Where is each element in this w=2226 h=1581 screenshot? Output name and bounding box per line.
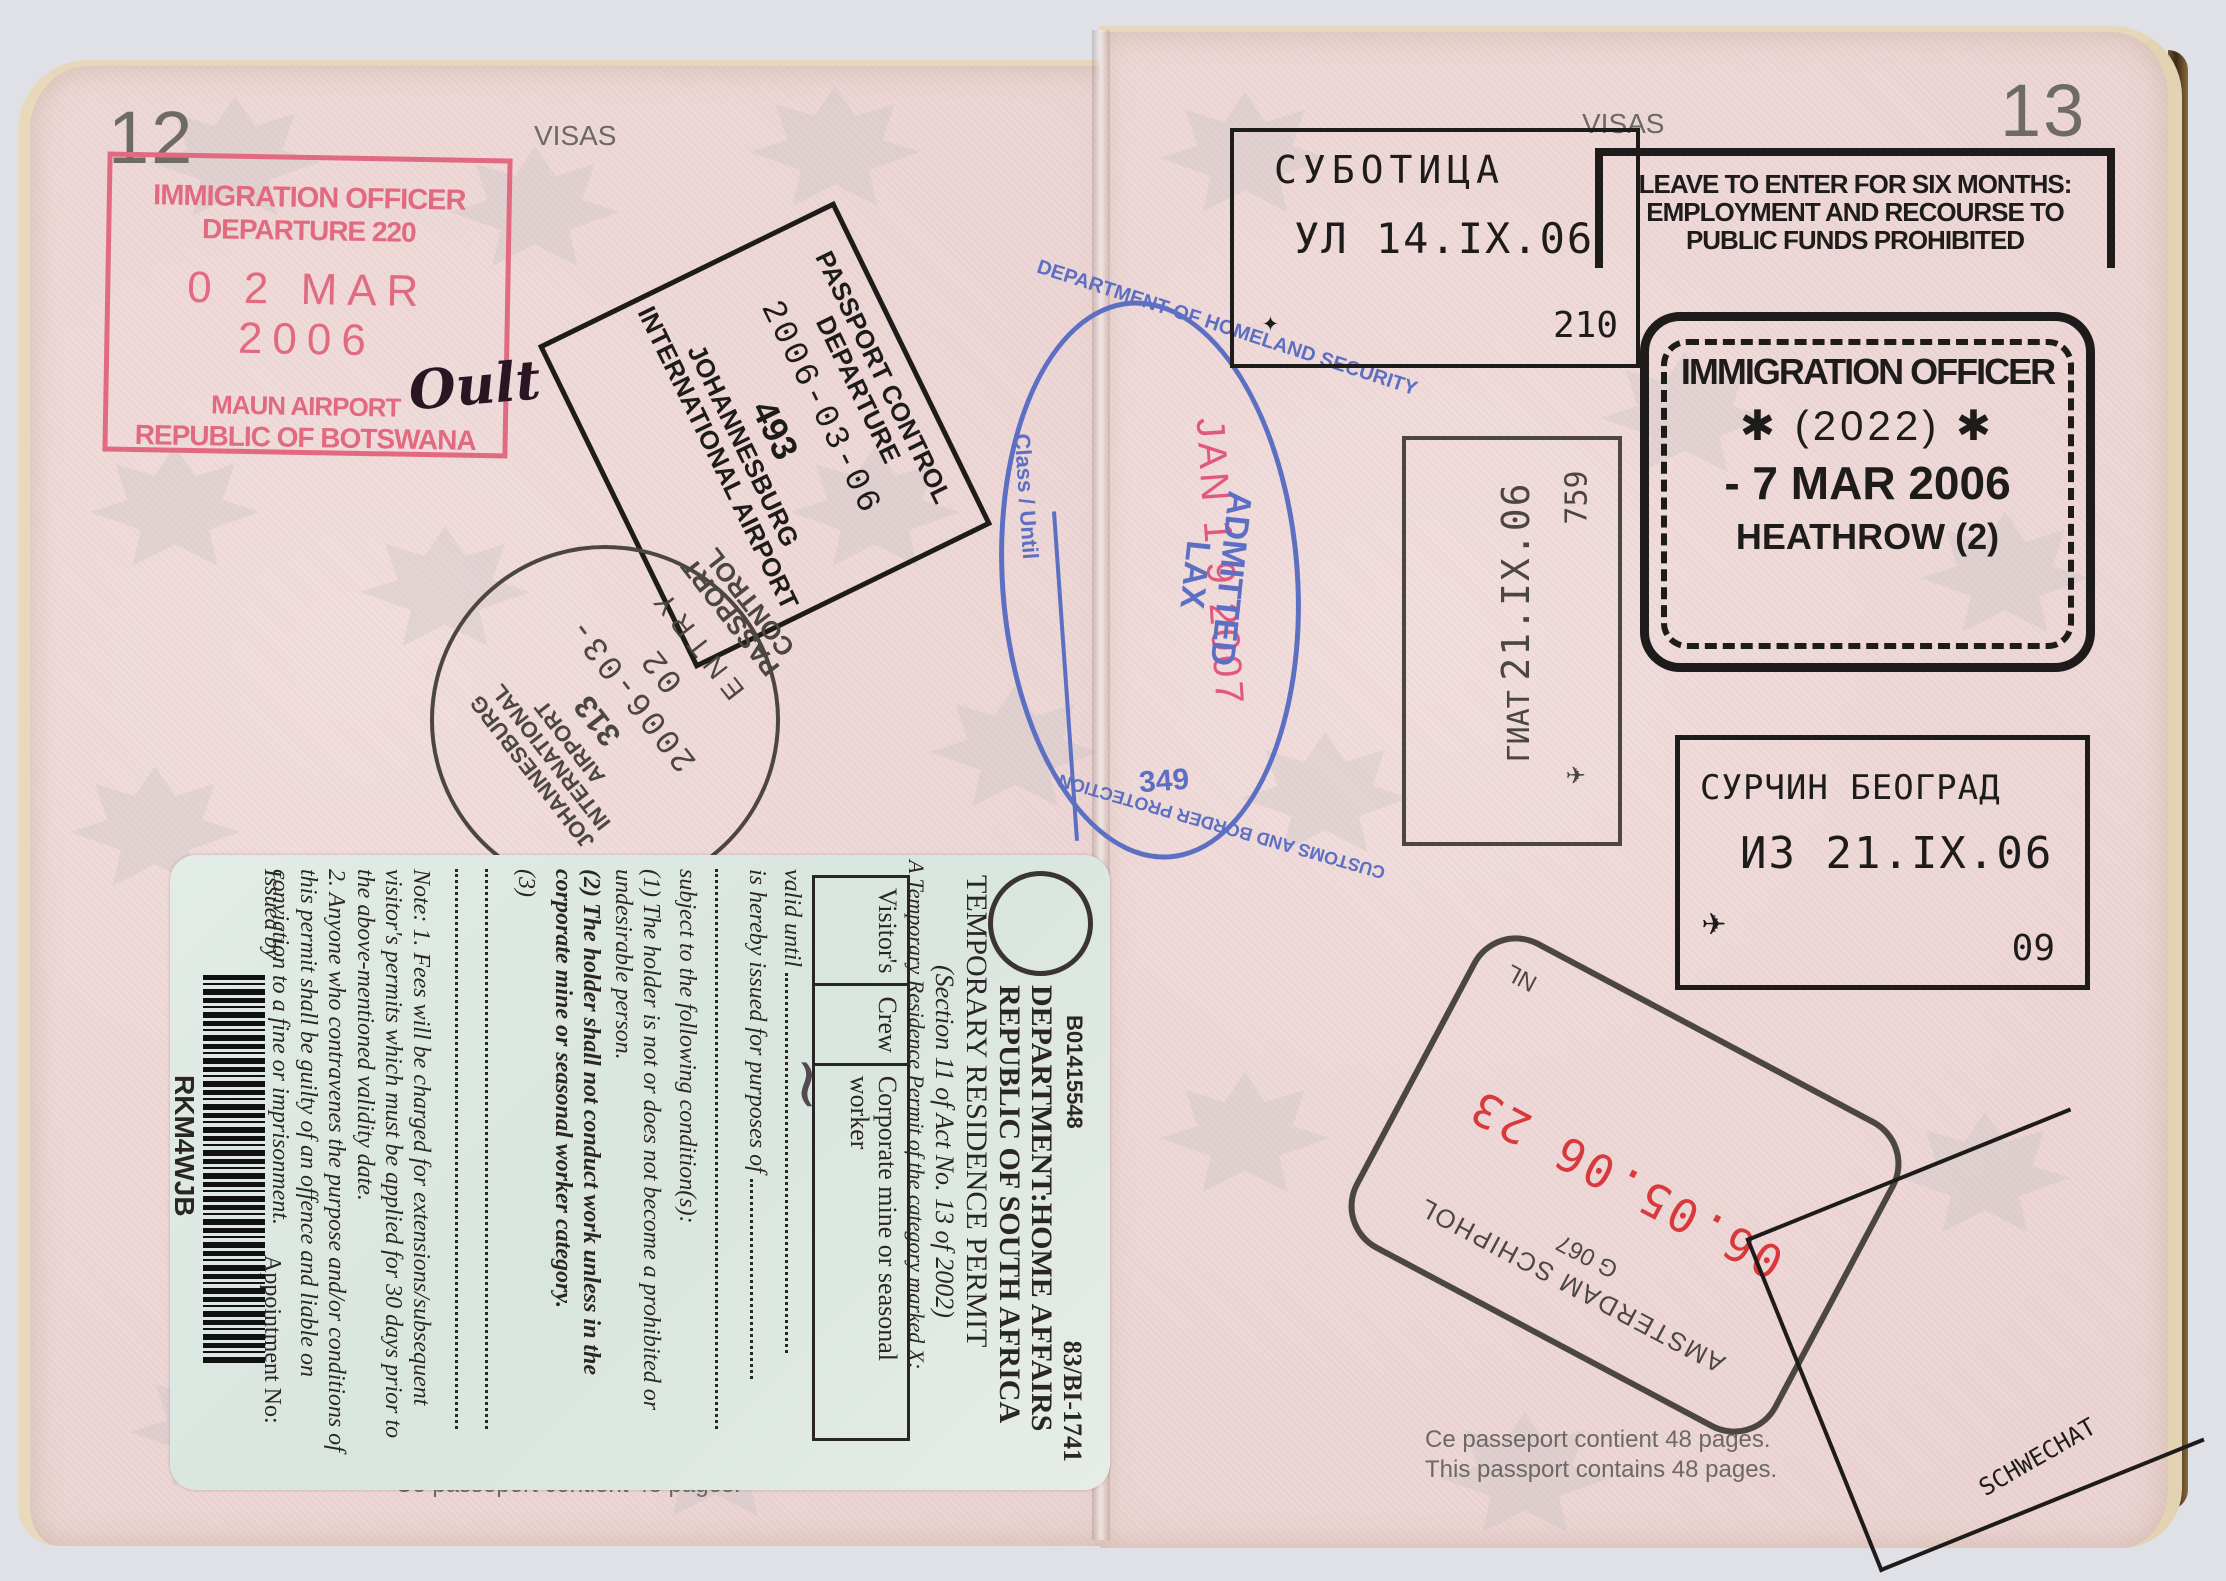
category-crew: Crew xyxy=(815,986,907,1065)
footer-english: This passport contains 48 pages. xyxy=(1425,1455,1777,1485)
conditions-label: subject to the following condition(s): xyxy=(673,869,700,1224)
stamp-code: 09 xyxy=(2012,928,2055,969)
stamp-uk-leave-to-enter: LEAVE TO ENTER FOR SIX MONTHS: EMPLOYMEN… xyxy=(1595,148,2115,268)
officer-signature: ~ xyxy=(768,1055,850,1114)
stamp-uk-heathrow: IMMIGRATION OFFICER ✱ (2022) ✱ - 7 MAR 2… xyxy=(1640,312,2095,672)
stamp-botswana-departure: IMMIGRATION OFFICER DEPARTURE 220 0 2 MA… xyxy=(102,151,512,458)
stamp-date: УЛ 14.IX.06 xyxy=(1294,214,1636,263)
south-africa-temporary-residence-permit: B01415548 83/BI-1741 DEPARTMENT:HOME AFF… xyxy=(170,855,1110,1490)
stamp-country: NL xyxy=(1502,958,1542,997)
coat-of-arms-icon xyxy=(988,871,1093,976)
stamp-city: СУБОТИЦА xyxy=(1274,148,1636,192)
passport-spread: 12 VISAS Ce passeport contient 48 pages.… xyxy=(0,0,2226,1581)
stamp-line: IMMIGRATION OFFICER xyxy=(112,179,508,219)
stamp-text: SCHWECHAT xyxy=(1974,1412,2101,1501)
stamp-city: СУРЧИН БЕОГРАД xyxy=(1700,768,2085,808)
page-number-right: 13 xyxy=(2000,68,2086,153)
issued-by-label: Issued by xyxy=(258,869,285,959)
condition-3: (3) xyxy=(512,869,540,1469)
stamp-serbia-surcin-belgrade: СУРЧИН БЕОГРАД ИЗ 21.IX.06 ✈ 09 xyxy=(1675,735,2090,990)
stamp-code: 210 xyxy=(1553,305,1618,346)
stamp-line: REPUBLIC OF BOTSWANA xyxy=(107,419,502,458)
permit-category-table: Visitor's Crew Corporate mine or seasona… xyxy=(812,875,910,1441)
stamp-code: 759 xyxy=(1559,470,1594,524)
airplane-departure-icon: ✈ xyxy=(1702,899,1726,945)
stamp-date: 21.IX.06 xyxy=(1494,482,1538,681)
permit-title: REPUBLIC OF SOUTH AFRICA xyxy=(993,985,1025,1465)
stamp-prefix: ГИАТ xyxy=(1502,690,1537,762)
permit-serial: B01415548 xyxy=(1061,1015,1087,1129)
permit-section: (Section 11 of Act No. 13 of 2002) xyxy=(929,965,959,1465)
category-corporate-worker: Corporate mine or seasonal worker xyxy=(815,1066,907,1438)
valid-until-label: valid until xyxy=(779,869,805,967)
barcode-text: RKM4WJB xyxy=(170,1075,200,1217)
car-icon: ✦ xyxy=(1262,305,1279,338)
permit-title: TEMPORARY RESIDENCE PERMIT xyxy=(959,875,993,1465)
condition-1: (1) The holder is not or does not become… xyxy=(609,869,665,1469)
airplane-icon: ✈ xyxy=(1566,754,1585,792)
condition-2: (2) The holder shall not conduct work un… xyxy=(549,869,605,1469)
stamp-serbia-entry-rotated: ГИАТ 21.IX.06 759 ✈ xyxy=(1402,436,1622,846)
until-label: Until xyxy=(1015,510,1043,561)
stamp-line: LEAVE TO ENTER FOR SIX MONTHS: xyxy=(1603,170,2107,198)
class-label: Class xyxy=(1010,433,1039,493)
barcode xyxy=(203,975,265,1365)
permit-note-1: Note: 1. Fees will be charged for extens… xyxy=(351,869,435,1469)
permit-title: DEPARTMENT:HOME AFFAIRS xyxy=(1025,985,1057,1465)
stamp-date: ИЗ 21.IX.06 xyxy=(1740,828,2085,879)
permit-reference: 83/BI-1741 xyxy=(1057,1341,1087,1462)
stamp-line: EMPLOYMENT AND RECOURSE TO xyxy=(1603,198,2107,226)
stamp-date: 0 2 MAR 2006 xyxy=(109,262,506,369)
page-header-left: VISAS xyxy=(534,120,616,152)
stamp-line: PUBLIC FUNDS PROHIBITED xyxy=(1603,226,2107,254)
stamp-serbia-subotica: СУБОТИЦА УЛ 14.IX.06 ✦ 210 xyxy=(1230,128,1640,368)
officer-signature: Oult xyxy=(406,347,543,422)
category-visitor: Visitor's xyxy=(815,878,907,986)
purposes-label: is hereby issued for purposes of xyxy=(744,869,770,1173)
